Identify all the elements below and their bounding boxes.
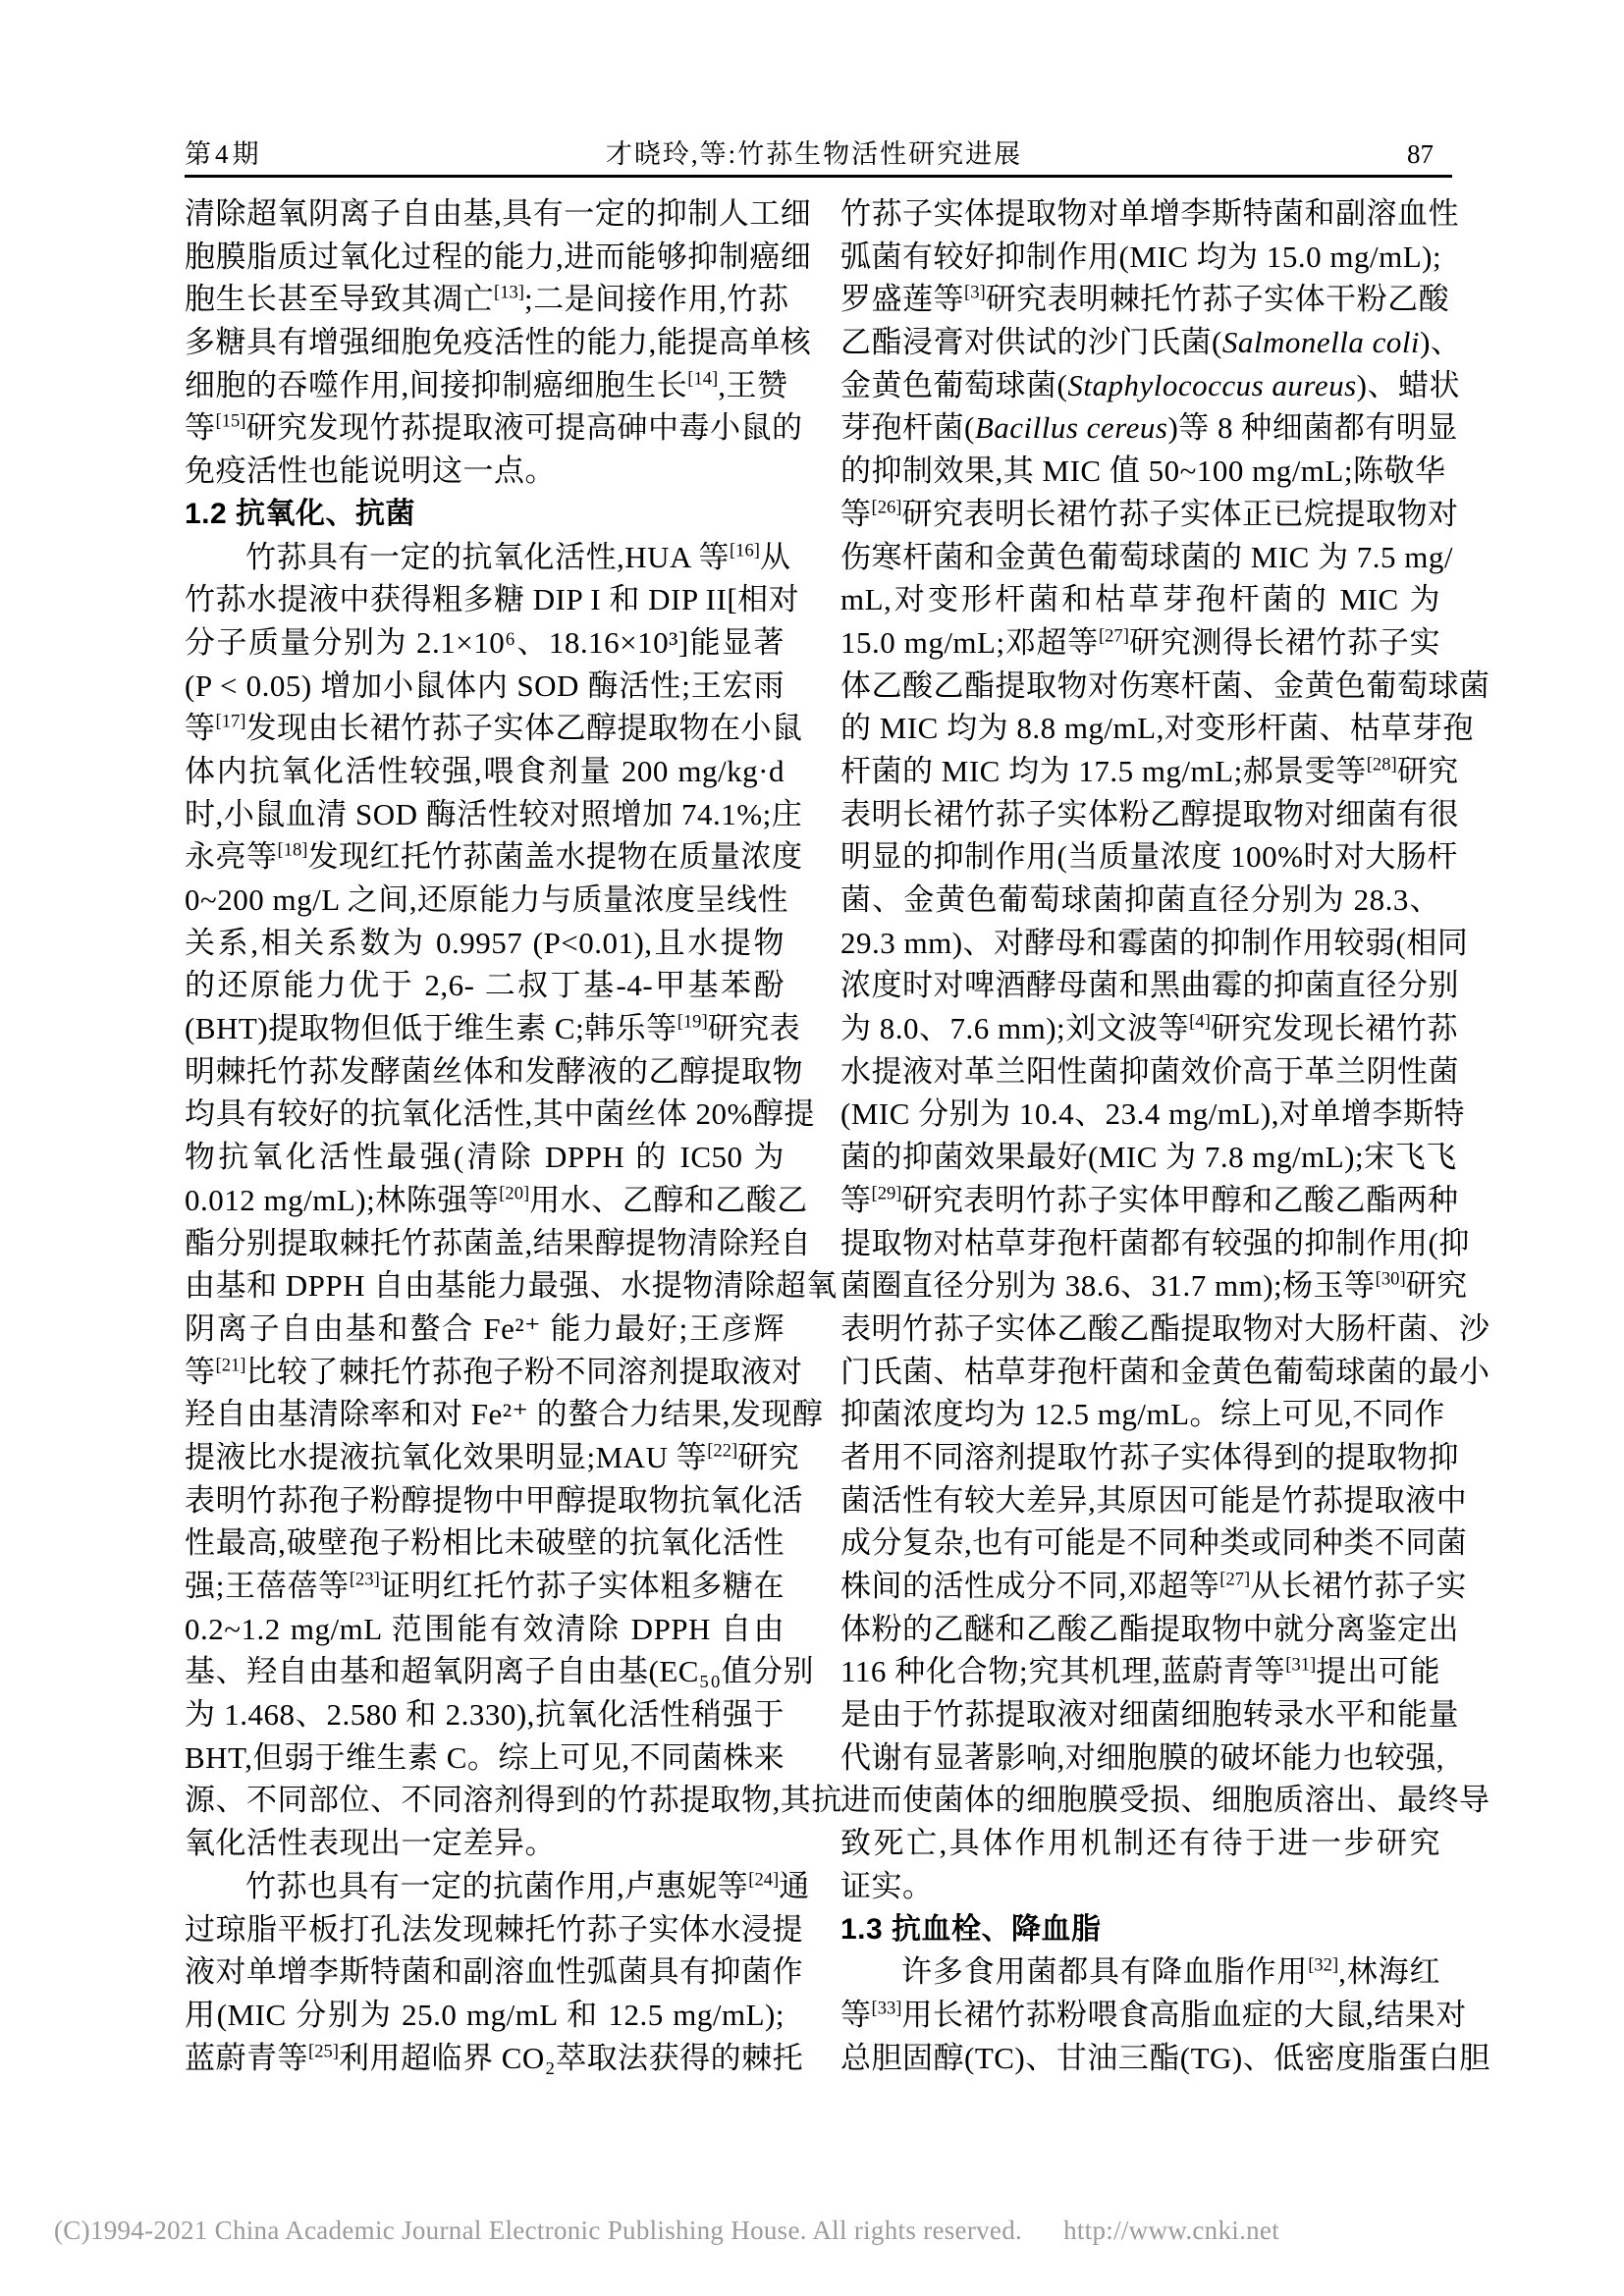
text-line: 者用不同溶剂提取竹荪子实体得到的提取物抑	[840, 1436, 1440, 1479]
text-line: 为 8.0、7.6 mm);刘文波等[4]研究发现长裙竹荪	[840, 1007, 1440, 1050]
text-line: 强;王蓓蓓等[23]证明红托竹荪子实体粗多糖在	[185, 1565, 785, 1608]
text-line: 等[17]发现由长裙竹荪子实体乙醇提取物在小鼠	[185, 707, 785, 750]
text-line: 表明长裙竹荪子实体粉乙醇提取物对细菌有很	[840, 793, 1440, 836]
text-line: 细胞的吞噬作用,间接抑制癌细胞生长[14],王赞	[185, 364, 785, 407]
right-column: 竹荪子实体提取物对单增李斯特菌和副溶血性弧菌有较好抑制作用(MIC 均为 15.…	[840, 192, 1440, 2079]
text-line: 液对单增李斯特菌和副溶血性弧菌具有抑菌作	[185, 1950, 785, 1994]
text-line: 致死亡,具体作用机制还有待于进一步研究	[840, 1822, 1440, 1865]
text-line: 胞生长甚至导致其凋亡[13];二是间接作用,竹荪	[185, 278, 785, 321]
text-line: 等[21]比较了棘托竹荪孢子粉不同溶剂提取液对	[185, 1351, 785, 1394]
text-line: 羟自由基清除率和对 Fe²⁺ 的螯合力结果,发现醇	[185, 1393, 785, 1436]
text-line: 证实。	[840, 1865, 1440, 1908]
text-line: 芽孢杆菌(Bacillus cereus)等 8 种细菌都有明显	[840, 406, 1440, 450]
text-line: 代谢有显著影响,对细胞膜的破坏能力也较强,	[840, 1736, 1440, 1780]
text-line: 胞膜脂质过氧化过程的能力,进而能够抑制癌细	[185, 236, 785, 279]
page-header: 第4期 才晓玲,等:竹荪生物活性研究进展 87	[185, 137, 1443, 171]
text-line: 的还原能力优于 2,6- 二叔丁基-4-甲基苯酚	[185, 964, 785, 1007]
text-line: 阴离子自由基和螯合 Fe²⁺ 能力最好;王彦辉	[185, 1308, 785, 1351]
text-line: 菌活性有较大差异,其原因可能是竹荪提取液中	[840, 1479, 1440, 1522]
text-line: 0.012 mg/mL);林陈强等[20]用水、乙醇和乙酸乙	[185, 1179, 785, 1222]
copyright-notice: (C)1994-2021 China Academic Journal Elec…	[54, 2214, 1022, 2247]
text-line: 等[29]研究表明竹荪子实体甲醇和乙酸乙酯两种	[840, 1179, 1440, 1222]
text-line: 株间的活性成分不同,邓超等[27]从长裙竹荪子实	[840, 1565, 1440, 1608]
text-line: 等[26]研究表明长裙竹荪子实体正已烷提取物对	[840, 493, 1440, 536]
text-line: 性最高,破壁孢子粉相比未破壁的抗氧化活性	[185, 1522, 785, 1565]
text-line: 免疫活性也能说明这一点。	[185, 450, 785, 493]
text-line: 许多食用菌都具有降血脂作用[32],林海红	[840, 1950, 1440, 1994]
page-number: 87	[1407, 137, 1434, 171]
text-line: (BHT)提取物但低于维生素 C;韩乐等[19]研究表	[185, 1007, 785, 1050]
text-line: 29.3 mm)、对酵母和霉菌的抑制作用较弱(相同	[840, 922, 1440, 965]
text-line: 关系,相关系数为 0.9957 (P<0.01),且水提物	[185, 922, 785, 965]
text-line: 竹荪子实体提取物对单增李斯特菌和副溶血性	[840, 192, 1440, 236]
text-line: 表明竹荪子实体乙酸乙酯提取物对大肠杆菌、沙	[840, 1308, 1440, 1351]
text-line: 均具有较好的抗氧化活性,其中菌丝体 20%醇提	[185, 1093, 785, 1136]
text-line: 水提液对革兰阳性菌抑菌效价高于革兰阴性菌	[840, 1050, 1440, 1094]
text-line: 抑菌浓度均为 12.5 mg/mL。综上可见,不同作	[840, 1393, 1440, 1436]
text-line: 1.2 抗氧化、抗菌	[185, 493, 785, 536]
text-line: 乙酯浸膏对供试的沙门氏菌(Salmonella coli)、	[840, 321, 1440, 364]
text-line: 15.0 mg/mL;邓超等[27]研究测得长裙竹荪子实	[840, 621, 1440, 665]
text-line: 多糖具有增强细胞免疫活性的能力,能提高单核	[185, 321, 785, 364]
text-line: 杆菌的 MIC 均为 17.5 mg/mL;郝景雯等[28]研究	[840, 750, 1440, 793]
text-line: 1.3 抗血栓、降血脂	[840, 1908, 1440, 1951]
text-line: 成分复杂,也有可能是不同种类或同种类不同菌	[840, 1522, 1440, 1565]
text-line: 的 MIC 均为 8.8 mg/mL,对变形杆菌、枯草芽孢	[840, 707, 1440, 750]
text-line: 体粉的乙醚和乙酸乙酯提取物中就分离鉴定出	[840, 1608, 1440, 1651]
text-line: 116 种化合物;究其机理,蓝蔚青等[31]提出可能	[840, 1650, 1440, 1693]
text-line: 物抗氧化活性最强(清除 DPPH 的 IC50 为	[185, 1136, 785, 1179]
text-line: 为 1.468、2.580 和 2.330),抗氧化活性稍强于	[185, 1693, 785, 1736]
text-line: 罗盛莲等[3]研究表明棘托竹荪子实体干粉乙酸	[840, 278, 1440, 321]
cnki-url: http://www.cnki.net	[1063, 2214, 1279, 2247]
running-title: 才晓玲,等:竹荪生物活性研究进展	[185, 137, 1443, 171]
text-line: 体乙酸乙酯提取物对伤寒杆菌、金黄色葡萄球菌	[840, 665, 1440, 708]
text-line: BHT,但弱于维生素 C。综上可见,不同菌株来	[185, 1736, 785, 1780]
text-line: 门氏菌、枯草芽孢杆菌和金黄色葡萄球菌的最小	[840, 1351, 1440, 1394]
text-line: 竹荪具有一定的抗氧化活性,HUA 等[16]从	[185, 536, 785, 579]
text-line: 是由于竹荪提取液对细菌细胞转录水平和能量	[840, 1693, 1440, 1736]
text-line: 的抑制效果,其 MIC 值 50~100 mg/mL;陈敬华	[840, 450, 1440, 493]
text-line: 提液比水提液抗氧化效果明显;MAU 等[22]研究	[185, 1436, 785, 1479]
text-line: 菌的抑菌效果最好(MIC 为 7.8 mg/mL);宋飞飞	[840, 1136, 1440, 1179]
text-line: mL,对变形杆菌和枯草芽孢杆菌的 MIC 为	[840, 578, 1440, 621]
text-line: 明棘托竹荪发酵菌丝体和发酵液的乙醇提取物	[185, 1050, 785, 1094]
text-line: 提取物对枯草芽孢杆菌都有较强的抑制作用(抑	[840, 1222, 1440, 1265]
text-line: 弧菌有较好抑制作用(MIC 均为 15.0 mg/mL);	[840, 236, 1440, 279]
text-line: 分子质量分别为 2.1×10⁶、18.16×10³]能显著	[185, 621, 785, 665]
page-footer: (C)1994-2021 China Academic Journal Elec…	[54, 2214, 1279, 2247]
text-line: 0~200 mg/L 之间,还原能力与质量浓度呈线性	[185, 879, 785, 922]
text-line: 金黄色葡萄球菌(Staphylococcus aureus)、蜡状	[840, 364, 1440, 407]
text-line: 浓度时对啤酒酵母菌和黑曲霉的抑菌直径分别	[840, 964, 1440, 1007]
text-line: 蓝蔚青等[25]利用超临界 CO₂萃取法获得的棘托	[185, 2037, 785, 2080]
text-line: 时,小鼠血清 SOD 酶活性较对照增加 74.1%;庄	[185, 793, 785, 836]
text-line: 竹荪水提液中获得粗多糖 DIP I 和 DIP II[相对	[185, 578, 785, 621]
text-line: 0.2~1.2 mg/mL 范围能有效清除 DPPH 自由	[185, 1608, 785, 1651]
text-line: 明显的抑制作用(当质量浓度 100%时对大肠杆	[840, 835, 1440, 879]
text-line: 等[15]研究发现竹荪提取液可提高砷中毒小鼠的	[185, 406, 785, 450]
text-line: 竹荪也具有一定的抗菌作用,卢惠妮等[24]通	[185, 1865, 785, 1908]
text-line: 氧化活性表现出一定差异。	[185, 1822, 785, 1865]
text-line: 菌圈直径分别为 38.6、31.7 mm);杨玉等[30]研究	[840, 1264, 1440, 1308]
text-line: 体内抗氧化活性较强,喂食剂量 200 mg/kg·d	[185, 750, 785, 793]
text-line: 源、不同部位、不同溶剂得到的竹荪提取物,其抗	[185, 1779, 785, 1822]
text-line: 表明竹荪孢子粉醇提物中甲醇提取物抗氧化活	[185, 1479, 785, 1522]
text-line: 过琼脂平板打孔法发现棘托竹荪子实体水浸提	[185, 1908, 785, 1951]
header-rule	[185, 175, 1452, 178]
text-line: 清除超氧阴离子自由基,具有一定的抑制人工细	[185, 192, 785, 236]
text-line: 进而使菌体的细胞膜受损、细胞质溶出、最终导	[840, 1779, 1440, 1822]
text-line: (MIC 分别为 10.4、23.4 mg/mL),对单增李斯特	[840, 1093, 1440, 1136]
text-line: 酯分别提取棘托竹荪菌盖,结果醇提物清除羟自	[185, 1222, 785, 1265]
left-column: 清除超氧阴离子自由基,具有一定的抑制人工细胞膜脂质过氧化过程的能力,进而能够抑制…	[185, 192, 785, 2079]
journal-page: 第4期 才晓玲,等:竹荪生物活性研究进展 87 清除超氧阴离子自由基,具有一定的…	[0, 0, 1624, 2296]
text-line: 永亮等[18]发现红托竹荪菌盖水提物在质量浓度	[185, 835, 785, 879]
article-body: 清除超氧阴离子自由基,具有一定的抑制人工细胞膜脂质过氧化过程的能力,进而能够抑制…	[185, 192, 1440, 2079]
text-line: 菌、金黄色葡萄球菌抑菌直径分别为 28.3、	[840, 879, 1440, 922]
text-line: 伤寒杆菌和金黄色葡萄球菌的 MIC 为 7.5 mg/	[840, 536, 1440, 579]
text-line: 用(MIC 分别为 25.0 mg/mL 和 12.5 mg/mL);	[185, 1994, 785, 2037]
text-line: 基、羟自由基和超氧阴离子自由基(EC₅₀值分别	[185, 1650, 785, 1693]
text-line: 由基和 DPPH 自由基能力最强、水提物清除超氧	[185, 1264, 785, 1308]
text-line: 总胆固醇(TC)、甘油三酯(TG)、低密度脂蛋白胆	[840, 2037, 1440, 2080]
text-line: (P < 0.05) 增加小鼠体内 SOD 酶活性;王宏雨	[185, 665, 785, 708]
text-line: 等[33]用长裙竹荪粉喂食高脂血症的大鼠,结果对	[840, 1994, 1440, 2037]
